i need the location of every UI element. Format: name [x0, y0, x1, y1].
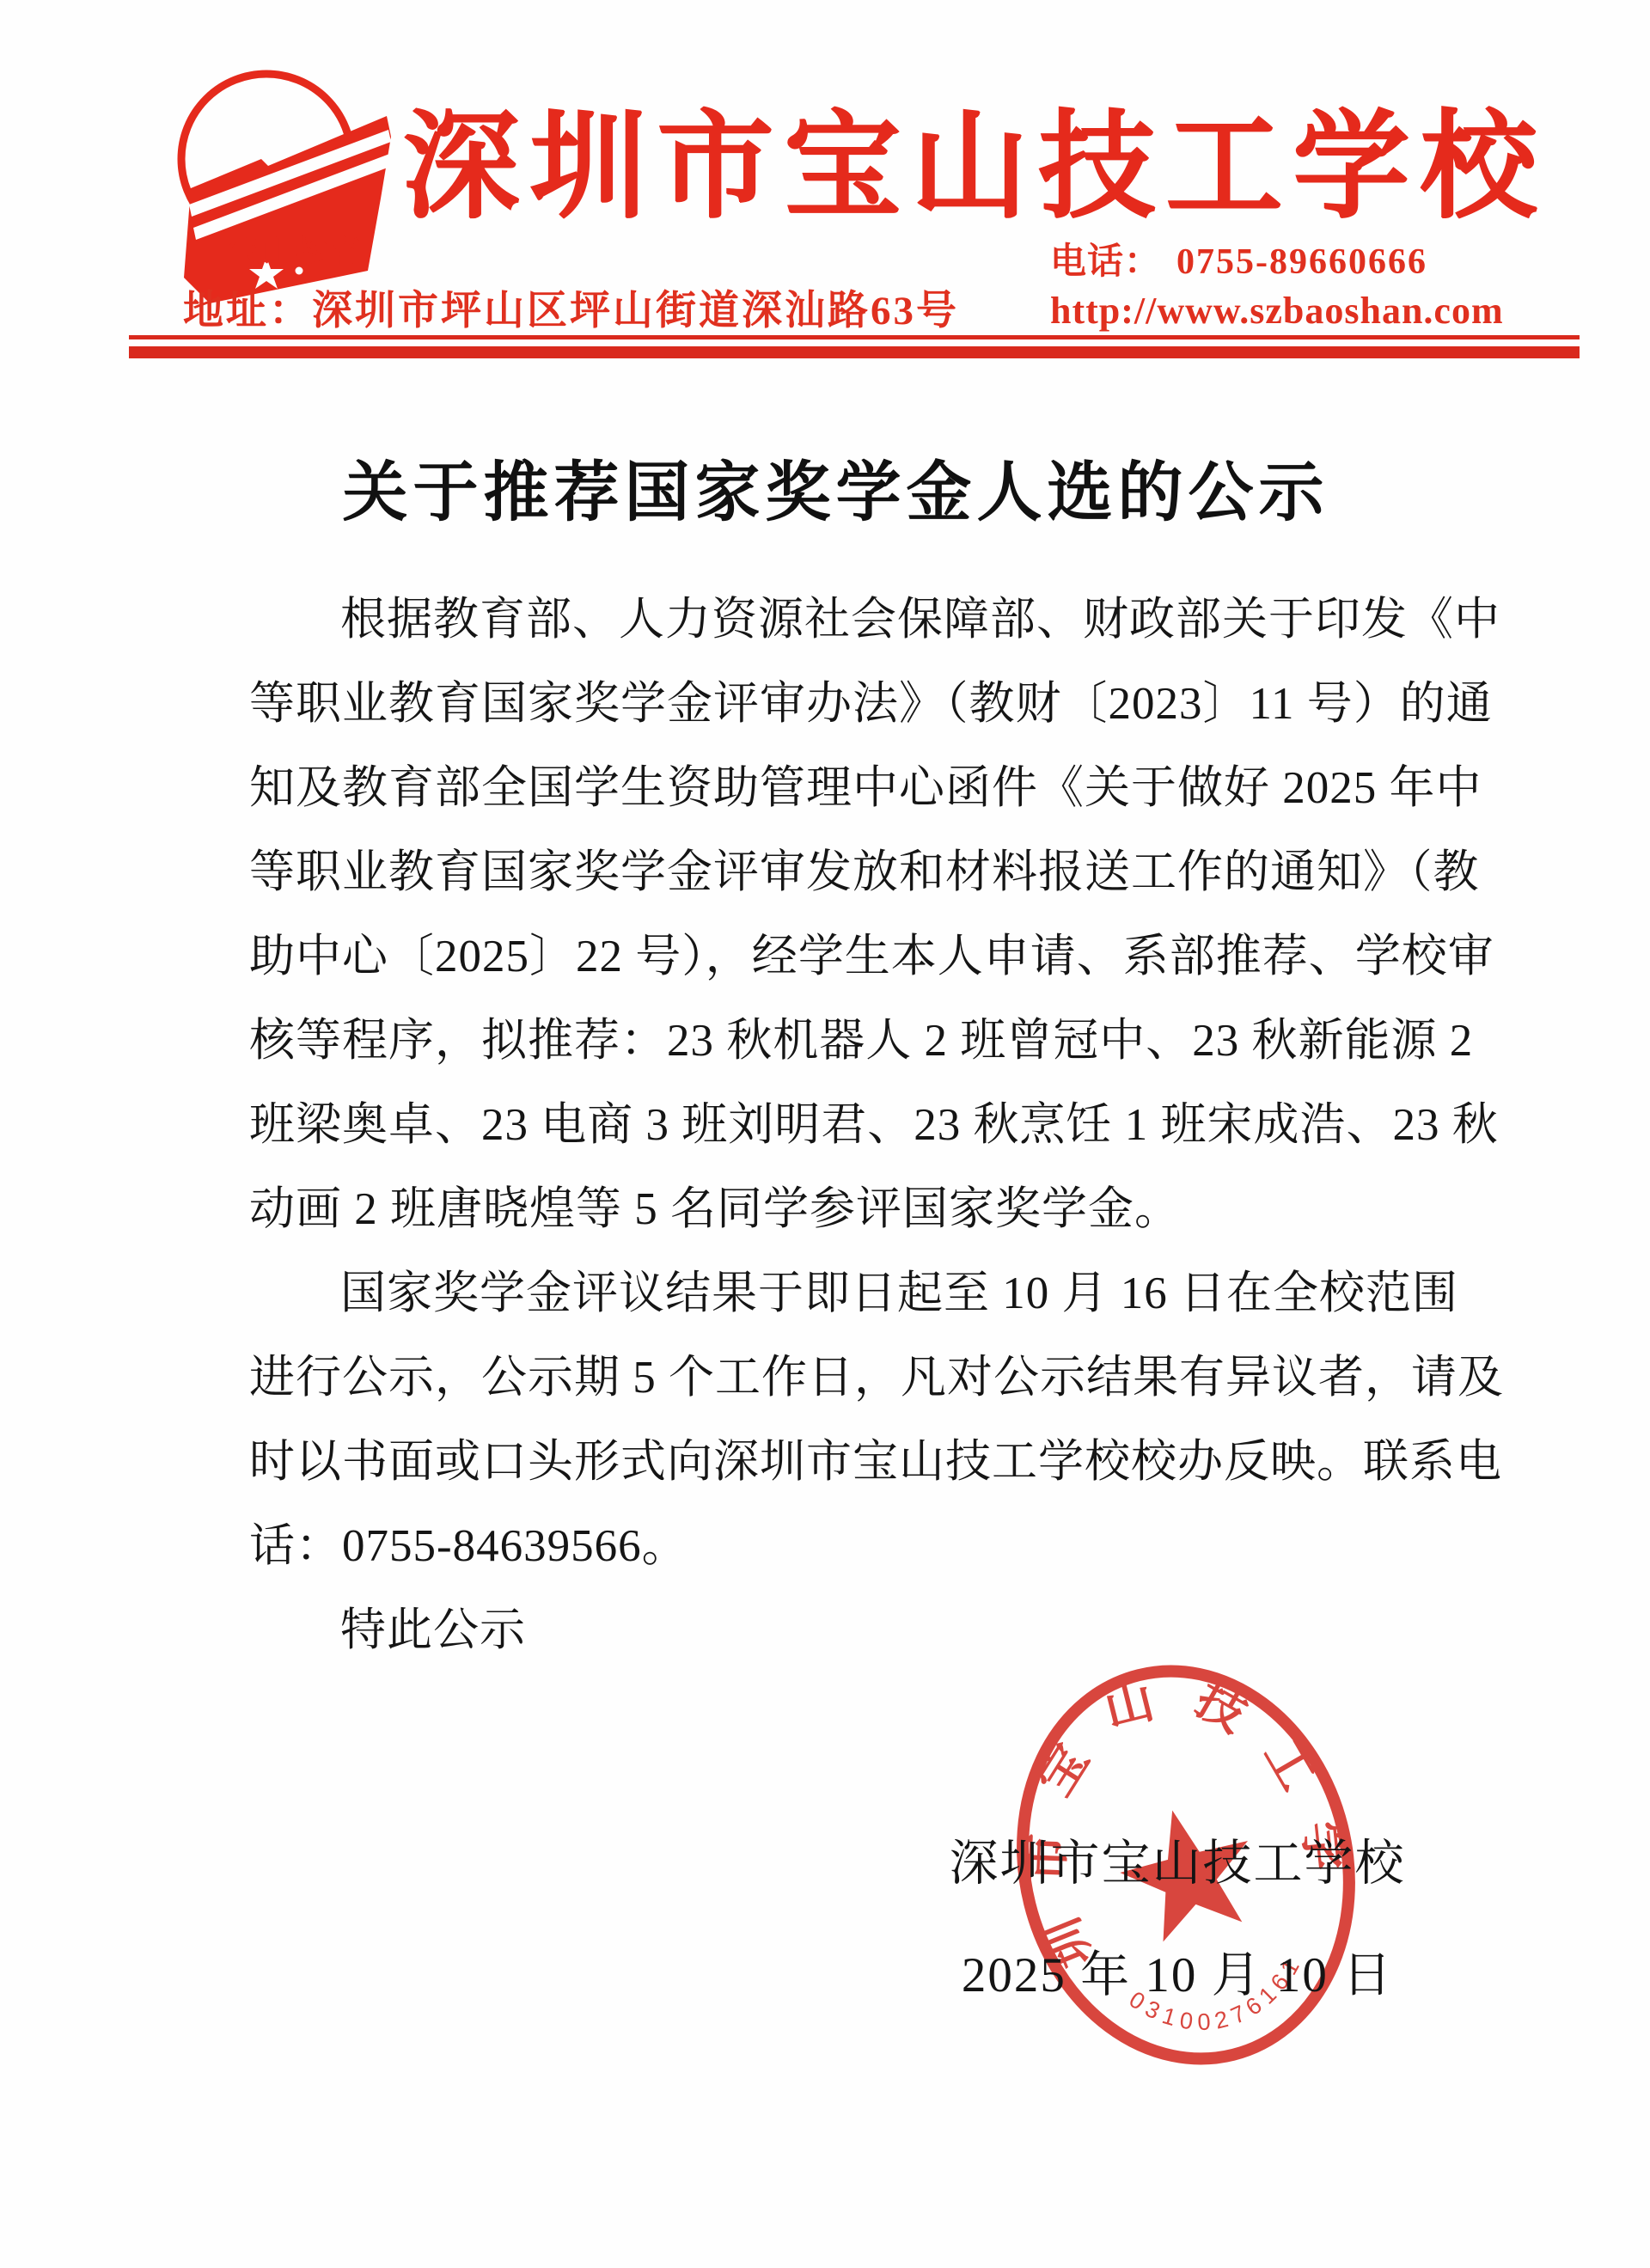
- body-line: 话：0755-84639566。: [249, 1504, 1422, 1588]
- website-url: http://www.szbaoshan.com: [1050, 289, 1504, 333]
- notice-body: 根据教育部、人力资源社会保障部、财政部关于印发《中 等职业教育国家奖学金评审办法…: [249, 578, 1422, 1672]
- body-line: 动画 2 班唐晓煌等 5 名同学参评国家奖学金。: [249, 1167, 1422, 1251]
- body-line: 等职业教育国家奖学金评审发放和材料报送工作的通知》（教: [249, 830, 1422, 914]
- phone-label: 电话：: [1050, 242, 1161, 282]
- logo-caption: 宝山教育: [229, 234, 363, 269]
- header-divider-thick: [129, 346, 1580, 358]
- body-line: 班梁奥卓、23 电商 3 班刘明君、23 秋烹饪 1 班宋成浩、23 秋: [249, 1083, 1422, 1167]
- body-line: 根据教育部、人力资源社会保障部、财政部关于印发《中: [249, 578, 1422, 662]
- body-line: 时以书面或口头形式向深圳市宝山技工学校校办反映。联系电: [249, 1420, 1422, 1504]
- signature-date: 2025 年 10 月 10 日: [907, 1935, 1448, 2006]
- phone-row: 电话：0755-89660666: [1050, 241, 1504, 284]
- body-line: 等职业教育国家奖学金评审办法》（教财〔2023〕11 号）的通: [249, 662, 1422, 746]
- school-address: 地址：深圳市坪山区坪山街道深汕路63号: [183, 278, 959, 336]
- signature-school-name: 深圳市宝山技工学校: [907, 1824, 1448, 1894]
- phone-number: 0755-89660666: [1176, 242, 1427, 282]
- body-line: 国家奖学金评议结果于即日起至 10 月 16 日在全校范围: [249, 1251, 1422, 1336]
- body-line: 核等程序，拟推荐：23 秋机器人 2 班曾冠中、23 秋新能源 2: [249, 999, 1422, 1083]
- body-line: 助中心〔2025〕22 号），经学生本人申请、系部推荐、学校审: [249, 914, 1422, 999]
- scanned-notice-page: 宝山教育 深圳市宝山技工学校 电话：0755-89660666 http://w…: [0, 0, 1650, 2268]
- body-line: 进行公示，公示期 5 个工作日，凡对公示结果有异议者，请及: [249, 1336, 1422, 1420]
- body-line: 知及教育部全国学生资助管理中心函件《关于做好 2025 年中: [249, 746, 1422, 830]
- header-divider-thin: [129, 335, 1580, 339]
- school-name-heading: 深圳市宝山技工学校: [402, 101, 1580, 230]
- notice-title: 关于推荐国家奖学金人选的公示: [249, 440, 1422, 534]
- header-contact-block: 电话：0755-89660666 http://www.szbaoshan.co…: [1050, 241, 1504, 333]
